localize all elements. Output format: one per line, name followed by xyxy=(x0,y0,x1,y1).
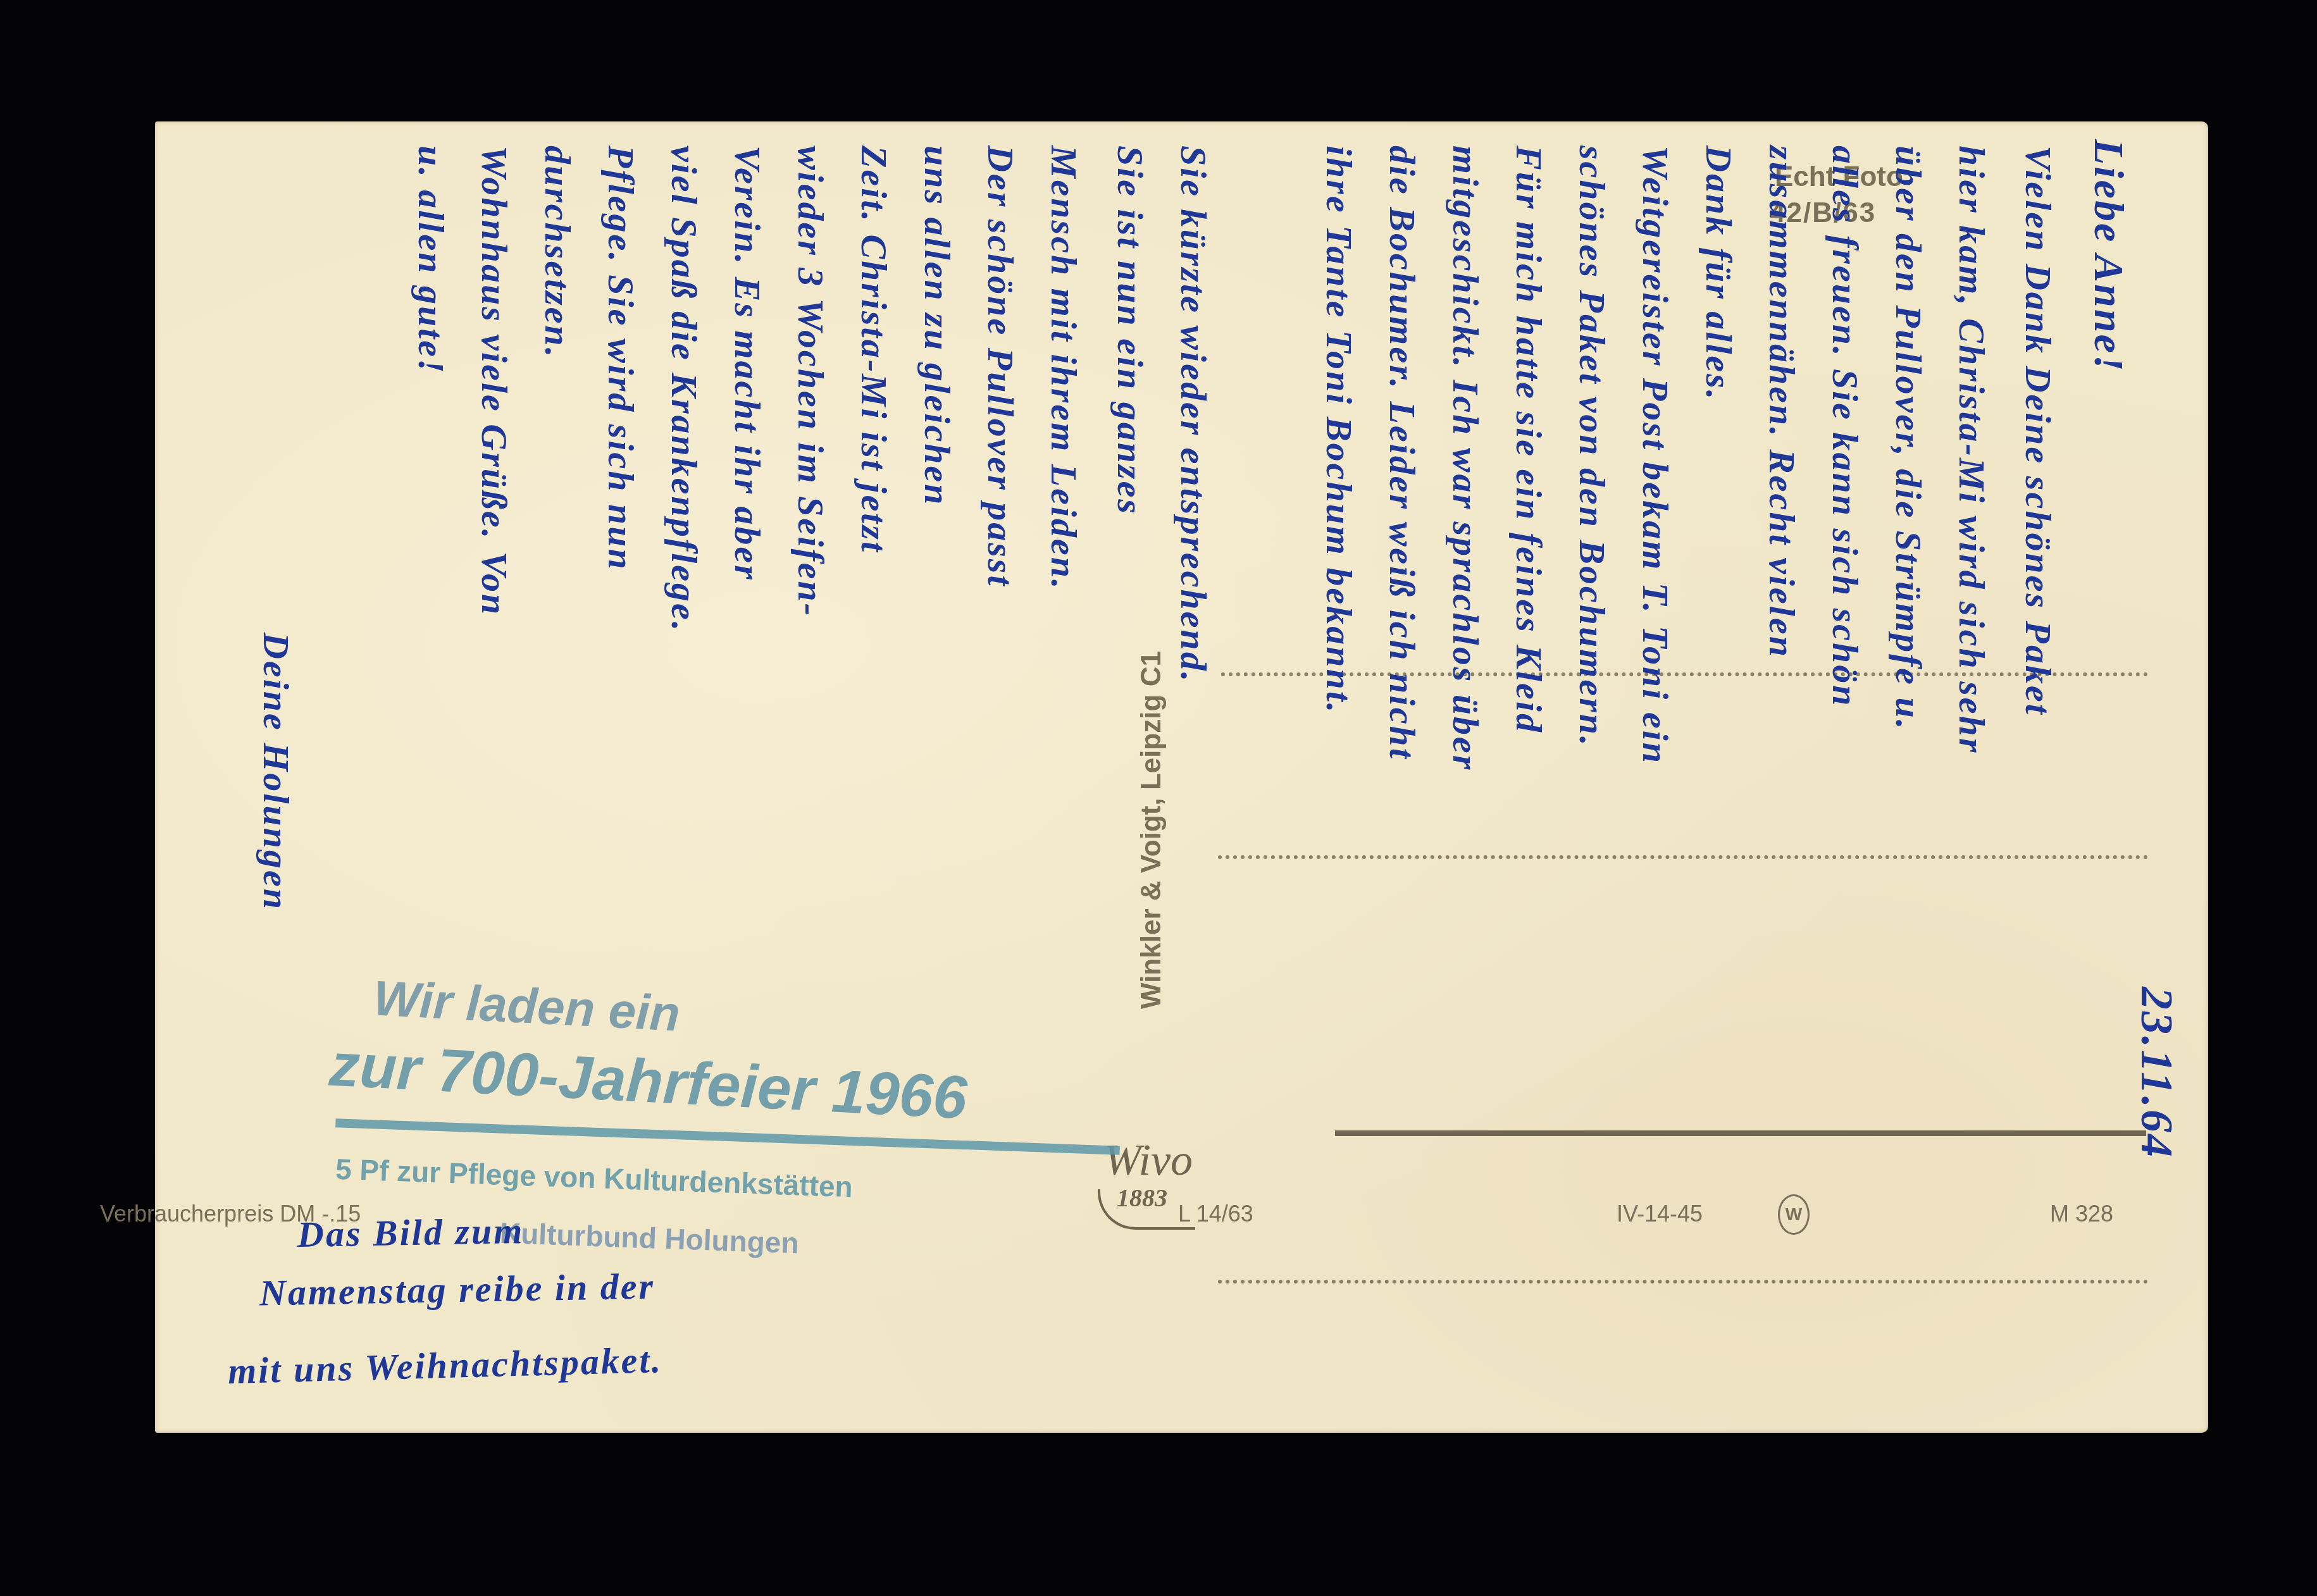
print-code-m: M 328 xyxy=(2050,1201,2113,1227)
letter-line: Mensch mit ihrem Leiden. xyxy=(1043,145,1085,591)
letter-line: zusammennähen. Recht vielen xyxy=(1761,145,1803,659)
handwritten-signature: Deine Holungen xyxy=(255,633,297,911)
letter-line: über den Pullover, die Strümpfe u. xyxy=(1887,145,1930,731)
letter-line: Sie kürzte wieder entsprechend. xyxy=(1172,145,1215,683)
footer-note-line-2: Namenstag reibe in der xyxy=(259,1265,655,1315)
letter-line: Wohnhaus viele Grüße. Von xyxy=(473,145,516,616)
letter-line: Dank für alles. xyxy=(1698,145,1740,401)
letter-line: alles freuen. Sie kann sich schön xyxy=(1824,145,1867,708)
letter-line: Vielen Dank Deine schönes Paket xyxy=(2017,145,2059,716)
letter-line: durchsetzen. xyxy=(537,145,579,359)
letter-line: uns allen zu gleichen xyxy=(916,145,959,507)
letter-line: schönes Paket von den Bochumern. xyxy=(1571,145,1613,748)
letter-line: Verein. Es macht ihr aber xyxy=(726,145,769,581)
footer-note-line-1: Das Bild zum xyxy=(297,1209,524,1256)
letter-line: die Bochumer. Leider weiß ich nicht xyxy=(1381,145,1424,760)
publisher-imprint: Winkler & Voigt, Leipzig C1 xyxy=(1136,651,1167,1009)
address-line-3 xyxy=(1335,1130,2146,1136)
address-line-2 xyxy=(1218,855,2148,859)
letter-line: viel Spaß die Krankenpflege. xyxy=(663,145,705,633)
letter-line: Der schöne Pullover passt xyxy=(979,145,1022,588)
letter-line: wieder 3 Wochen im Seifen- xyxy=(790,145,832,617)
letter-line: Sie ist nun ein ganzes xyxy=(1109,145,1152,516)
letter-line: Für mich hatte sie ein feines Kleid xyxy=(1508,145,1550,734)
handwritten-greeting: Liebe Anne! xyxy=(2084,139,2132,373)
letter-line: hier kam, Christa-Mi wird sich sehr xyxy=(1951,145,1993,754)
letter-line: Zeit. Christa-Mi ist jetzt xyxy=(853,145,895,554)
address-line-4 xyxy=(1218,1280,2148,1284)
print-code-iv: IV-14-45 xyxy=(1617,1201,1703,1227)
maker-logo-name: Wivo xyxy=(1104,1139,1193,1183)
handwritten-date: 23.11.64 xyxy=(2130,987,2183,1159)
letter-line: ihre Tante Toni Bochum bekannt. xyxy=(1318,145,1360,714)
letter-line: Pflege. Sie wird sich nun xyxy=(600,145,642,571)
letter-line: mitgeschickt. Ich war sprachlos über xyxy=(1444,145,1487,771)
publisher-logo-icon: W xyxy=(1778,1194,1810,1235)
letter-line: u. allen gute! xyxy=(410,145,452,375)
letter-line: Weitgereister Post bekam T. Toni ein xyxy=(1634,145,1677,765)
